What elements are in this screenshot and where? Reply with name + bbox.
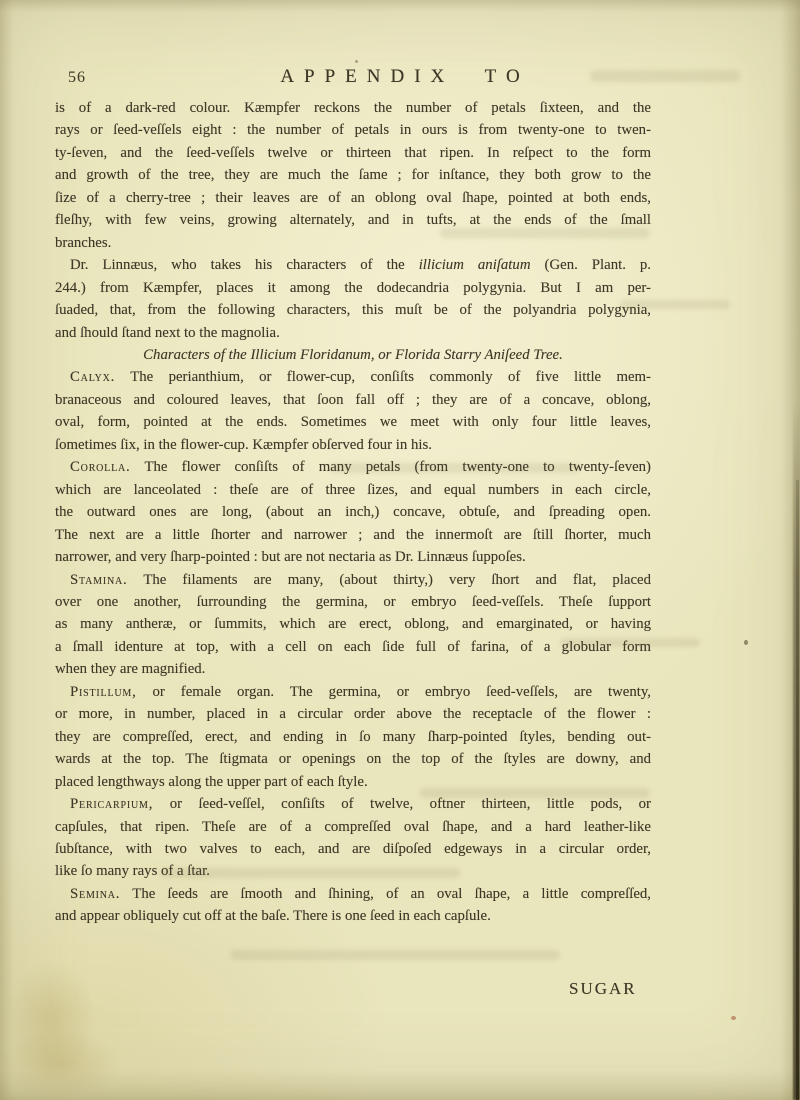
text-line: the outward ones are long, (about an inc…	[55, 501, 651, 523]
text-line: The next are a little ſhorter and narrow…	[55, 524, 651, 546]
text-line: over one another, ſurrounding the germin…	[55, 591, 651, 613]
text-line: Characters of the Illicium Floridanum, o…	[55, 344, 651, 366]
text-block: is of a dark-red colour. Kæmpfer reckons…	[55, 97, 651, 928]
ink-speck	[355, 60, 358, 63]
show-through-smudge	[230, 950, 560, 960]
para-stamina: Stamina. The filaments are many, (about …	[55, 569, 651, 681]
text-line: narrower, and very ſharp-pointed : but a…	[55, 546, 651, 568]
text-line: rays or ſeed-veſſels eight : the number …	[55, 119, 651, 141]
page-edge-line	[796, 480, 799, 1100]
show-through-smudge	[160, 868, 460, 878]
text-line: Dr. Linnæus, who takes his characters of…	[55, 254, 651, 276]
catchword: SUGAR	[569, 979, 637, 999]
book-page: 56 APPENDIX TO is of a dark-red colour. …	[0, 0, 800, 1100]
text-line: as many antheræ, or ſummits, which are e…	[55, 613, 651, 635]
text-line: wards at the top. The ſtigmata or openin…	[55, 748, 651, 770]
text-line: ſubſtance, with two valves to each, and …	[55, 838, 651, 860]
text-line: ſize of a cherry-tree ; their leaves are…	[55, 187, 651, 209]
text-line: Semina. The ſeeds are ſmooth and ſhining…	[55, 883, 651, 905]
text-line: and appear obliquely cut off at the baſe…	[55, 905, 651, 927]
show-through-smudge	[620, 300, 730, 309]
show-through-smudge	[560, 638, 700, 647]
show-through-smudge	[440, 228, 650, 238]
text-line: capſules, that ripen. Theſe are of a com…	[55, 816, 651, 838]
text-line: ſuaded, that, from the following charact…	[55, 299, 651, 321]
text-line: they are compreſſed, erect, and ending i…	[55, 726, 651, 748]
text-line: ſometimes ſix, in the flower-cup. Kæmpfe…	[55, 434, 651, 456]
para-semina: Semina. The ſeeds are ſmooth and ſhining…	[55, 883, 651, 928]
text-line: Pistillum, or female organ. The germina,…	[55, 681, 651, 703]
text-line: branaceous and coloured leaves, that ſoo…	[55, 389, 651, 411]
text-line: ty-ſeven, and the ſeed-veſſels twelve or…	[55, 142, 651, 164]
text-line: Calyx. The perianthium, or flower-cup, c…	[55, 366, 651, 388]
text-line: is of a dark-red colour. Kæmpfer reckons…	[55, 97, 651, 119]
show-through-smudge	[330, 463, 580, 473]
text-line: 244.) from Kæmpfer, places it among the …	[55, 277, 651, 299]
text-line: and growth of the tree, they are much th…	[55, 164, 651, 186]
heading-characters: Characters of the Illicium Floridanum, o…	[55, 344, 651, 366]
page-stain	[0, 1030, 120, 1100]
text-line: Stamina. The filaments are many, (about …	[55, 569, 651, 591]
show-through-smudge	[420, 788, 650, 798]
para-calyx: Calyx. The perianthium, or flower-cup, c…	[55, 366, 651, 456]
para-linnaeus: Dr. Linnæus, who takes his characters of…	[55, 254, 651, 344]
text-line: which are lanceolated : theſe are of thr…	[55, 479, 651, 501]
ink-speck	[731, 1016, 736, 1020]
text-line: oval, form, pointed at the ends. Sometim…	[55, 411, 651, 433]
para-corolla: Corolla. The flower conſiſts of many pet…	[55, 456, 651, 568]
para-pistillum: Pistillum, or female organ. The germina,…	[55, 681, 651, 793]
text-line: when they are magnified.	[55, 658, 651, 680]
text-line: or more, in number, placed in a circular…	[55, 703, 651, 725]
ink-speck	[744, 640, 748, 645]
show-through-smudge	[590, 70, 740, 82]
text-line: and ſhould ſtand next to the magnolia.	[55, 322, 651, 344]
